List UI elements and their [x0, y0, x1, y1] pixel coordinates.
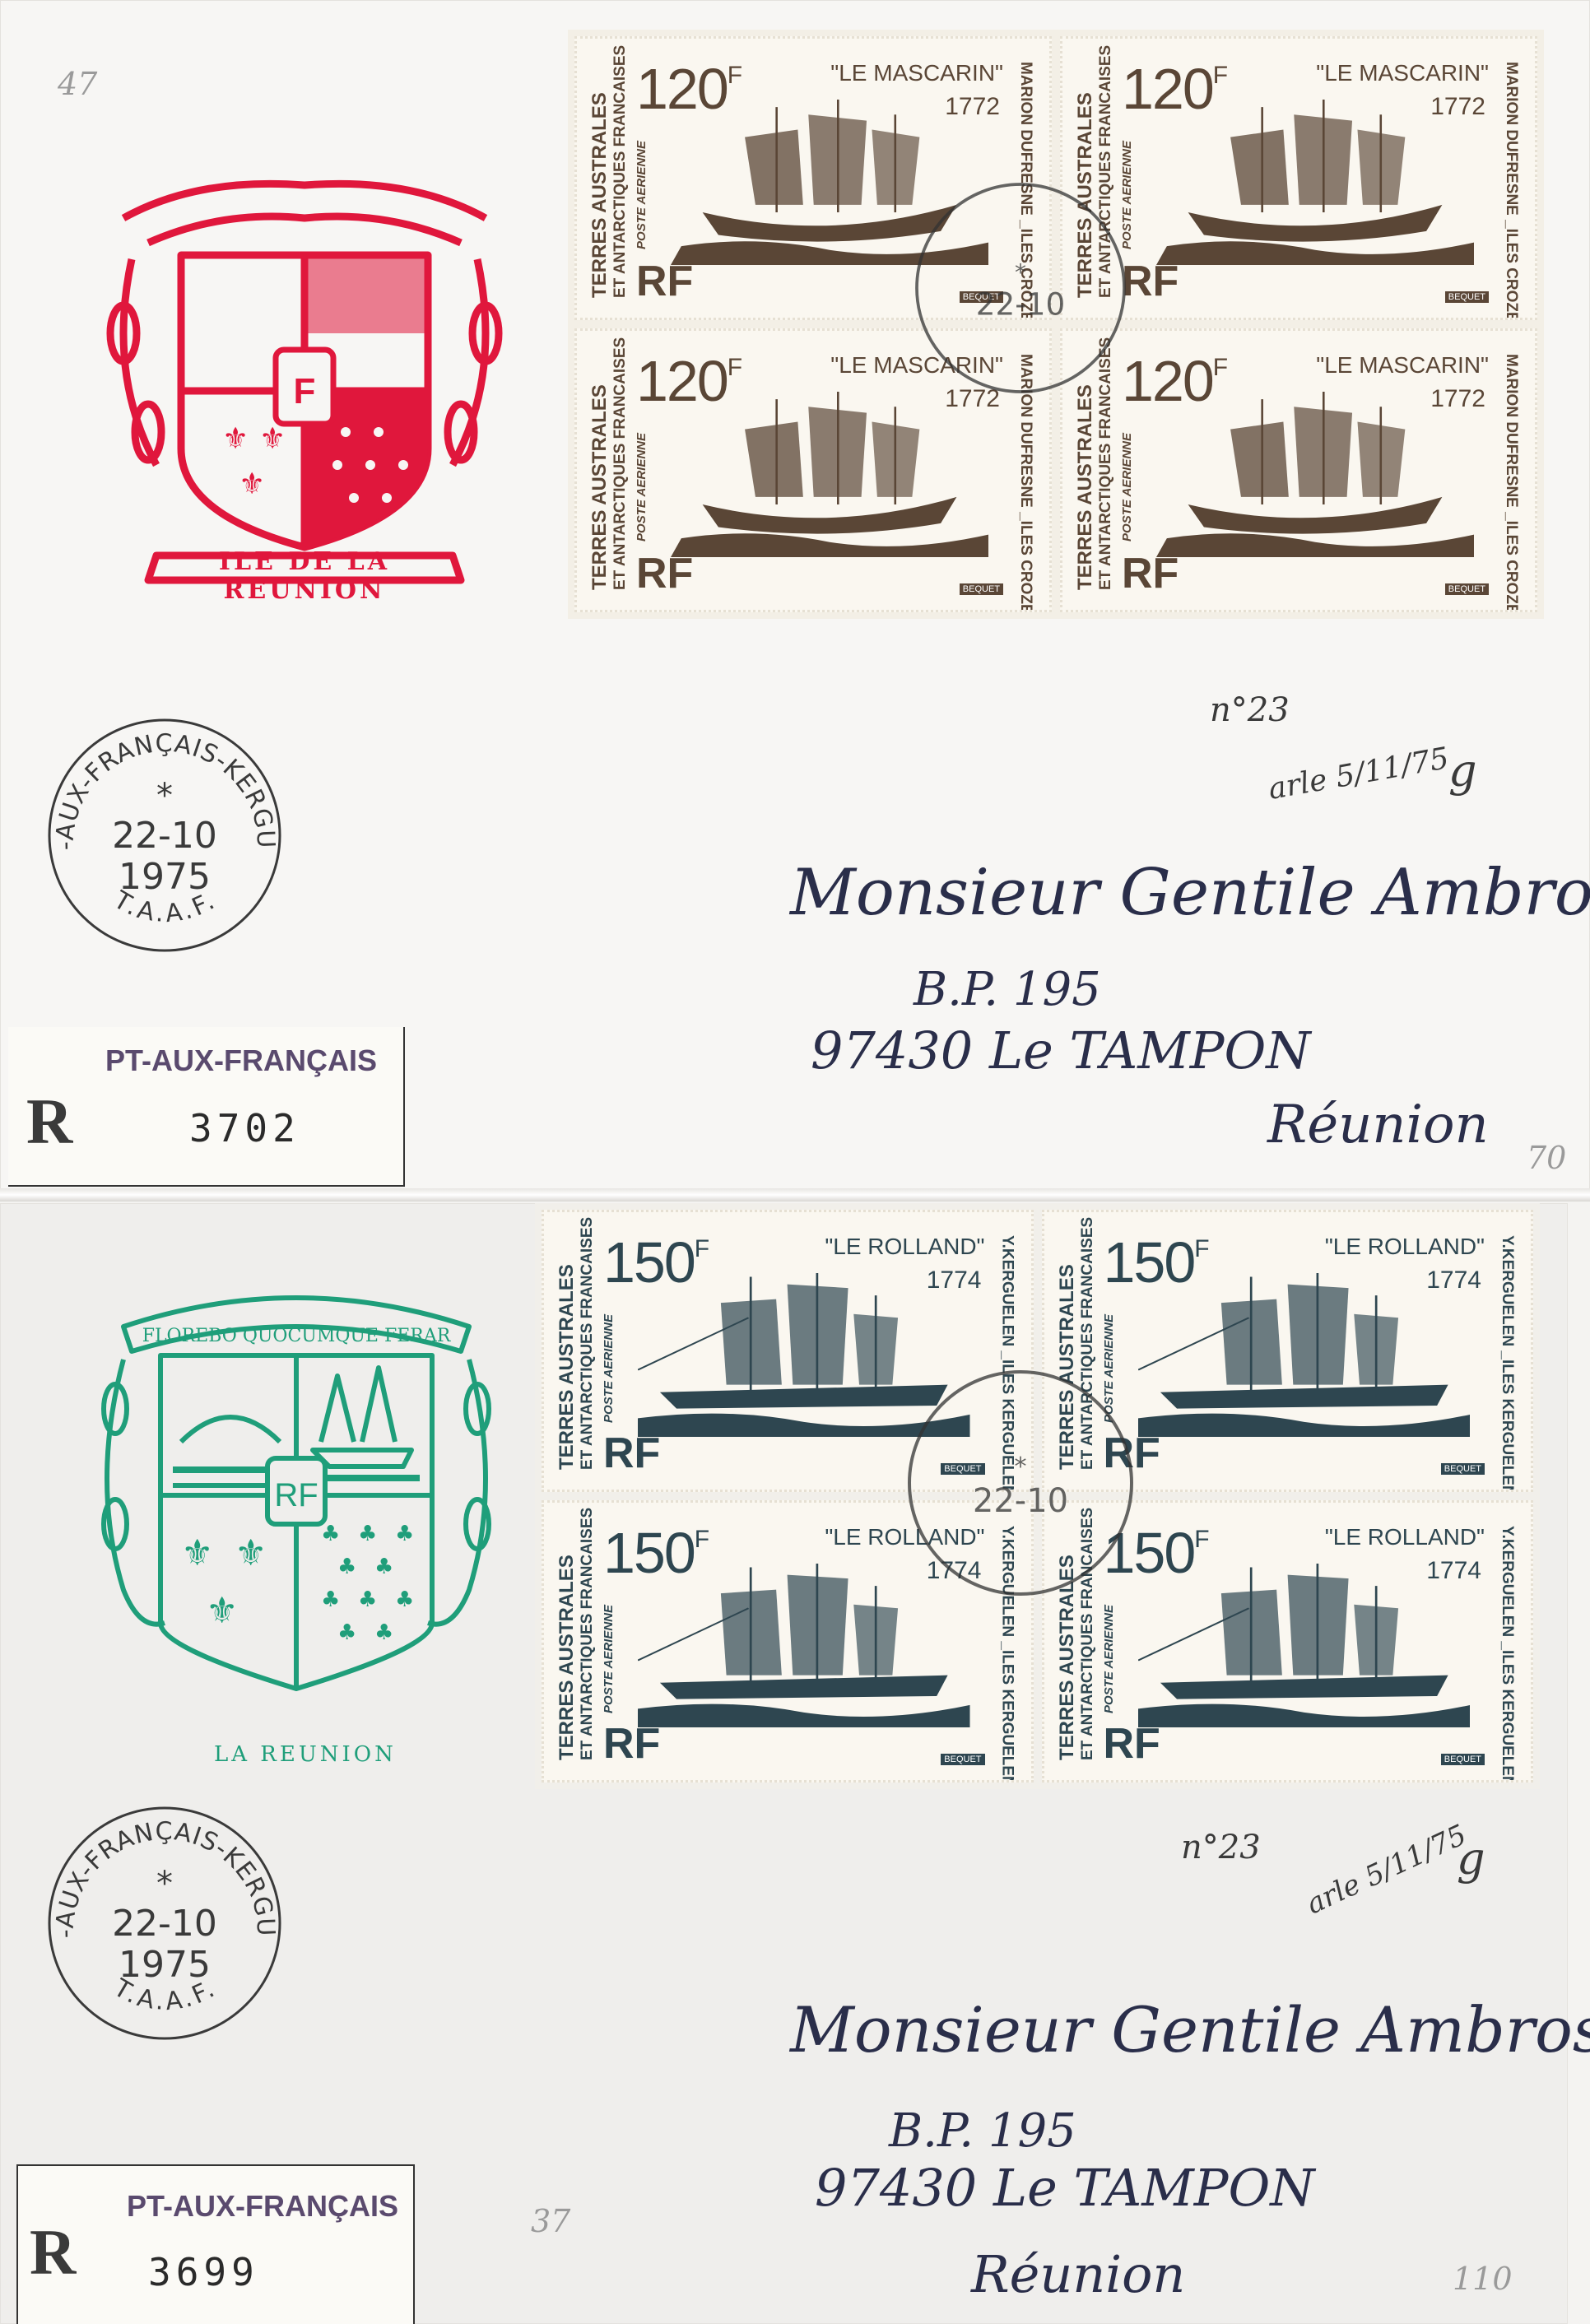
- registration-number: 3702: [189, 1106, 300, 1150]
- svg-text:⚜: ⚜: [259, 422, 286, 456]
- address-country: Réunion: [971, 2244, 1185, 2304]
- svg-text:♣: ♣: [395, 1522, 414, 1546]
- pencil-note-left: 37: [531, 2203, 570, 2239]
- stamp-ship-name: "LE MASCARIN": [1316, 60, 1489, 86]
- stamp-engraver: BEQUET: [941, 1754, 984, 1765]
- stamp-ship-name: "LE ROLLAND": [825, 1234, 984, 1260]
- svg-text:♣: ♣: [337, 1620, 356, 1645]
- stamp-country-line1: TERRES AUSTRALES: [556, 1522, 579, 1760]
- postmark-year: 1975: [119, 856, 211, 898]
- stamp-service: POSTE AERIENNE: [1102, 1605, 1116, 1713]
- stamp-engraver: BEQUET: [1441, 1754, 1485, 1765]
- coat-of-arms-red: F ⚜⚜⚜ ILE DE LA REUNION: [99, 169, 510, 588]
- stamp-engraver: BEQUET: [960, 583, 1003, 595]
- sailing-ship-icon: [1156, 392, 1474, 557]
- address-country: Réunion: [1267, 1095, 1489, 1155]
- svg-text:♣: ♣: [395, 1587, 414, 1612]
- stamp-service: POSTE AERIENNE: [635, 141, 649, 249]
- stamp-rf: RF: [1104, 1719, 1160, 1769]
- svg-text:♣: ♣: [358, 1522, 377, 1546]
- svg-text:♣: ♣: [321, 1587, 340, 1612]
- registration-letter: R: [30, 2215, 76, 2289]
- stamp-country-line1: TERRES AUSTRALES: [588, 58, 611, 298]
- svg-text:22-10: 22-10: [973, 1482, 1068, 1520]
- pencil-price: 110: [1453, 2261, 1513, 2297]
- cover-1-envelope: 47 F ⚜⚜⚜ ILE DE LA REUNION: [0, 0, 1590, 1200]
- stamp-ship-name: "LE MASCARIN": [830, 60, 1003, 86]
- stamp-side-text: MARION DUFRESNE _ILES CROZET: [1502, 62, 1520, 320]
- registration-number: 3699: [148, 2250, 259, 2294]
- postmark-star: *: [156, 777, 173, 815]
- svg-text:⚜: ⚜: [181, 1532, 213, 1574]
- stamp-rf: RF: [603, 1719, 660, 1769]
- stamp-service: POSTE AERIENNE: [1120, 433, 1134, 541]
- svg-text:⚜: ⚜: [222, 422, 249, 456]
- svg-text:F: F: [294, 371, 316, 411]
- ship-engraving: [1156, 392, 1474, 557]
- arms-shield-mark: RF: [274, 1477, 318, 1513]
- stamp-service: POSTE AERIENNE: [635, 433, 649, 541]
- postmark-kerguelen: PORT-AUX-FRANÇAIS-KERGUELEN T.A.A.F. * 2…: [41, 712, 288, 959]
- address-recipient: Monsieur Gentile Ambrosi: [790, 1993, 1590, 2066]
- address-po-box: B.P. 195: [889, 2104, 1076, 2158]
- sailing-ship-icon: [1138, 1273, 1471, 1437]
- stamp-rf: RF: [1122, 549, 1179, 598]
- stamp-cancel-postmark: * 22-10: [897, 1360, 1144, 1606]
- stamp-service: POSTE AERIENNE: [602, 1605, 616, 1713]
- stamp-engraver: BEQUET: [1445, 583, 1489, 595]
- stamp-ship-name: "LE MASCARIN": [1316, 352, 1489, 379]
- ship-engraving: [1138, 1564, 1471, 1727]
- registration-letter: R: [26, 1085, 72, 1159]
- svg-text:♣: ♣: [374, 1555, 393, 1579]
- cover-2-envelope: RF ⚜⚜⚜ ♣♣♣♣♣♣♣♣♣♣ FLOREBO QUOCUMQUE FERA…: [0, 1203, 1568, 2324]
- arms-caption: ILE DE LA REUNION: [177, 547, 432, 605]
- stamp-country-line2: ET ANTARCTIQUES FRANCAISES: [611, 351, 630, 590]
- annotation-received: arle 5/11/75: [1266, 741, 1451, 806]
- svg-text:*: *: [1015, 1452, 1027, 1481]
- svg-text:♣: ♣: [321, 1522, 340, 1546]
- coat-of-arms-green: RF ⚜⚜⚜ ♣♣♣♣♣♣♣♣♣♣ FLOREBO QUOCUMQUE FERA…: [91, 1277, 502, 1705]
- address-po-box: B.P. 195: [914, 963, 1101, 1016]
- arms-caption: LA REUNION: [214, 1742, 397, 1767]
- registration-label: R PT-AUX-FRANÇAIS 3702: [8, 1027, 405, 1187]
- stamp-engraver: BEQUET: [1445, 291, 1489, 303]
- registration-office: PT-AUX-FRANÇAIS: [127, 2189, 398, 2224]
- stamp-side-text: MARION DUFRESNE _ILES CROZET: [1502, 354, 1520, 612]
- stamp-country-line1: TERRES AUSTRALES: [588, 351, 611, 590]
- ship-engraving: [671, 392, 988, 557]
- svg-text:⚜: ⚜: [235, 1532, 267, 1574]
- reunion-arms-icon: F ⚜⚜⚜: [99, 169, 510, 588]
- stamp-country-line2: ET ANTARCTIQUES FRANCAISES: [611, 58, 630, 298]
- annotation-initial: g: [1448, 745, 1477, 797]
- svg-text:*: *: [1015, 259, 1026, 286]
- stamp-cancel-postmark: * 22-10: [905, 173, 1136, 403]
- annotation-received: arle 5/11/75: [1301, 1819, 1471, 1922]
- stamp-rf: RF: [636, 549, 693, 598]
- postmark-kerguelen: PORT-AUX-FRANÇAIS-KERGUELEN T.A.A.F. * 2…: [41, 1800, 288, 2047]
- svg-text:♣: ♣: [337, 1555, 356, 1579]
- svg-text:⚜: ⚜: [206, 1590, 238, 1632]
- address-recipient: Monsieur Gentile Ambrosi: [790, 856, 1590, 930]
- stamp-side-text: Y.KERGUELEN _ILES KERGUELEN: [1498, 1526, 1516, 1783]
- ship-engraving: [1138, 1273, 1471, 1437]
- stamp-service: POSTE AERIENNE: [602, 1314, 616, 1423]
- annotation-ref: n°23: [1210, 691, 1290, 729]
- stamp-rf: RF: [636, 257, 693, 306]
- sailing-ship-icon: [1138, 1564, 1471, 1727]
- reunion-arms-icon: RF ⚜⚜⚜ ♣♣♣♣♣♣♣♣♣♣ FLOREBO QUOCUMQUE FERA…: [91, 1277, 502, 1705]
- pencil-note-top: 47: [58, 66, 97, 102]
- stamp-side-text: Y.KERGUELEN _ILES KERGUELEN: [1498, 1235, 1516, 1492]
- stamp-country-line1: TERRES AUSTRALES: [556, 1232, 579, 1470]
- svg-text:♣: ♣: [374, 1620, 393, 1645]
- postmark-year: 1975: [119, 1944, 211, 1986]
- svg-text:22-10: 22-10: [976, 286, 1065, 323]
- registration-label: R PT-AUX-FRANÇAIS 3699: [16, 2164, 415, 2324]
- postmark-star: *: [156, 1865, 173, 1903]
- stamp-country-line2: ET ANTARCTIQUES FRANCAISES: [579, 1232, 597, 1470]
- stamp-ship-name: "LE ROLLAND": [1325, 1234, 1485, 1260]
- sailing-ship-icon: [671, 392, 988, 557]
- ship-engraving: [1156, 100, 1474, 265]
- postmark-date: 22-10: [112, 1903, 217, 1945]
- envelope-edge: [0, 1188, 1590, 1202]
- address-city: 97430 Le TAMPON: [811, 1020, 1311, 1081]
- stamp-rf: RF: [603, 1429, 660, 1478]
- svg-text:♣: ♣: [358, 1587, 377, 1612]
- postmark-date: 22-10: [112, 815, 217, 857]
- address-city: 97430 Le TAMPON: [815, 2158, 1315, 2218]
- arms-motto: FLOREBO QUOCUMQUE FERAR: [142, 1326, 452, 1346]
- annotation-initial: g: [1457, 1833, 1485, 1885]
- stamp-engraver: BEQUET: [1441, 1463, 1485, 1475]
- svg-text:⚜: ⚜: [239, 467, 265, 501]
- sailing-ship-icon: [1156, 100, 1474, 265]
- registration-office: PT-AUX-FRANÇAIS: [105, 1043, 377, 1078]
- pencil-price: 70: [1527, 1140, 1566, 1176]
- stamp-country-line2: ET ANTARCTIQUES FRANCAISES: [579, 1522, 597, 1760]
- stamp-ship-name: "LE ROLLAND": [1325, 1524, 1485, 1550]
- annotation-ref: n°23: [1181, 1829, 1261, 1866]
